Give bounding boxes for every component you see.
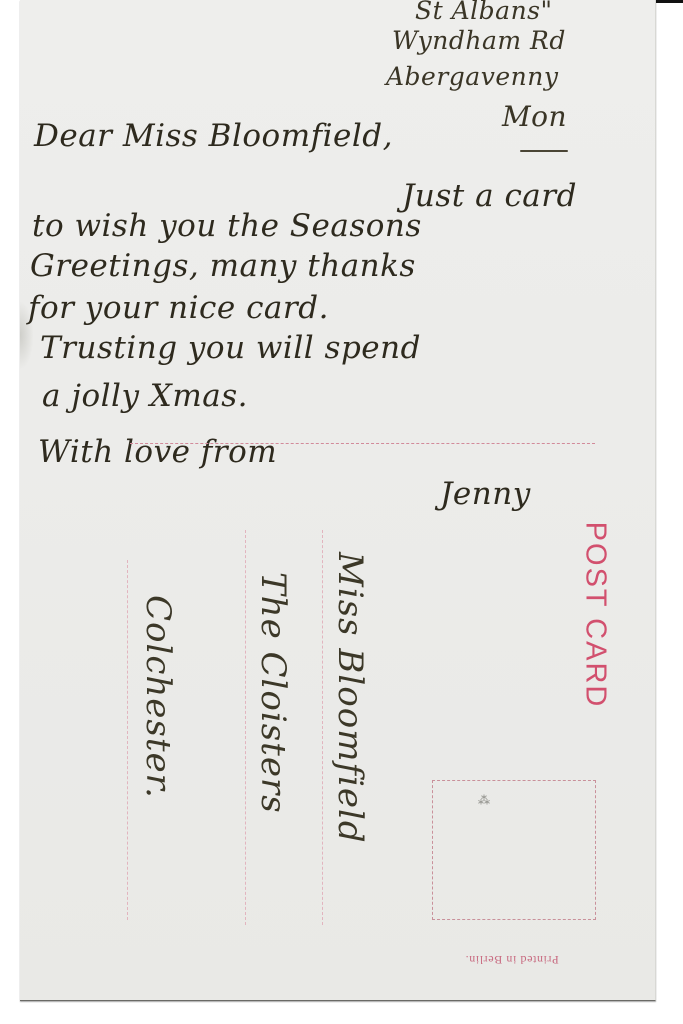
printer-imprint: Printed in Berlin. — [465, 952, 559, 967]
scan-edge-strip — [655, 0, 683, 3]
postcard: St Albans" Wyndham Rd Abergavenny Mon De… — [20, 0, 656, 1001]
stamp-box-mark: ⁂ — [478, 793, 490, 807]
return-address-line: Wyndham Rd — [392, 26, 566, 55]
message-line: to wish you the Seasons — [32, 208, 422, 244]
message-line: Trusting you will spend — [40, 330, 421, 366]
recipient-line: Miss Bloomfield — [330, 552, 370, 844]
return-address-line: Mon — [502, 100, 567, 133]
message-line: Just a card — [402, 178, 577, 214]
recipient-line: Colchester. — [138, 595, 178, 799]
post-card-text: POST CARD — [579, 522, 612, 709]
signature: Jenny — [440, 476, 531, 512]
closing: With love from — [38, 434, 277, 470]
message-line: a jolly Xmas. — [42, 378, 248, 414]
greeting: Dear Miss Bloomfield, — [34, 118, 393, 154]
message-line: Greetings, many thanks — [30, 248, 416, 284]
address-guide-rule — [127, 560, 128, 920]
message-line: for your nice card. — [28, 290, 329, 326]
stamp-box: ⁂ — [432, 780, 596, 920]
address-guide-rule — [245, 530, 246, 925]
return-address-line: Abergavenny — [386, 62, 558, 91]
address-guide-rule — [322, 530, 323, 925]
return-address-line: St Albans" — [415, 0, 553, 25]
post-card-heading: POST CARD — [575, 490, 615, 740]
underline-mark — [520, 150, 568, 152]
recipient-line: The Cloisters — [253, 572, 293, 814]
divider-rule — [130, 443, 595, 444]
